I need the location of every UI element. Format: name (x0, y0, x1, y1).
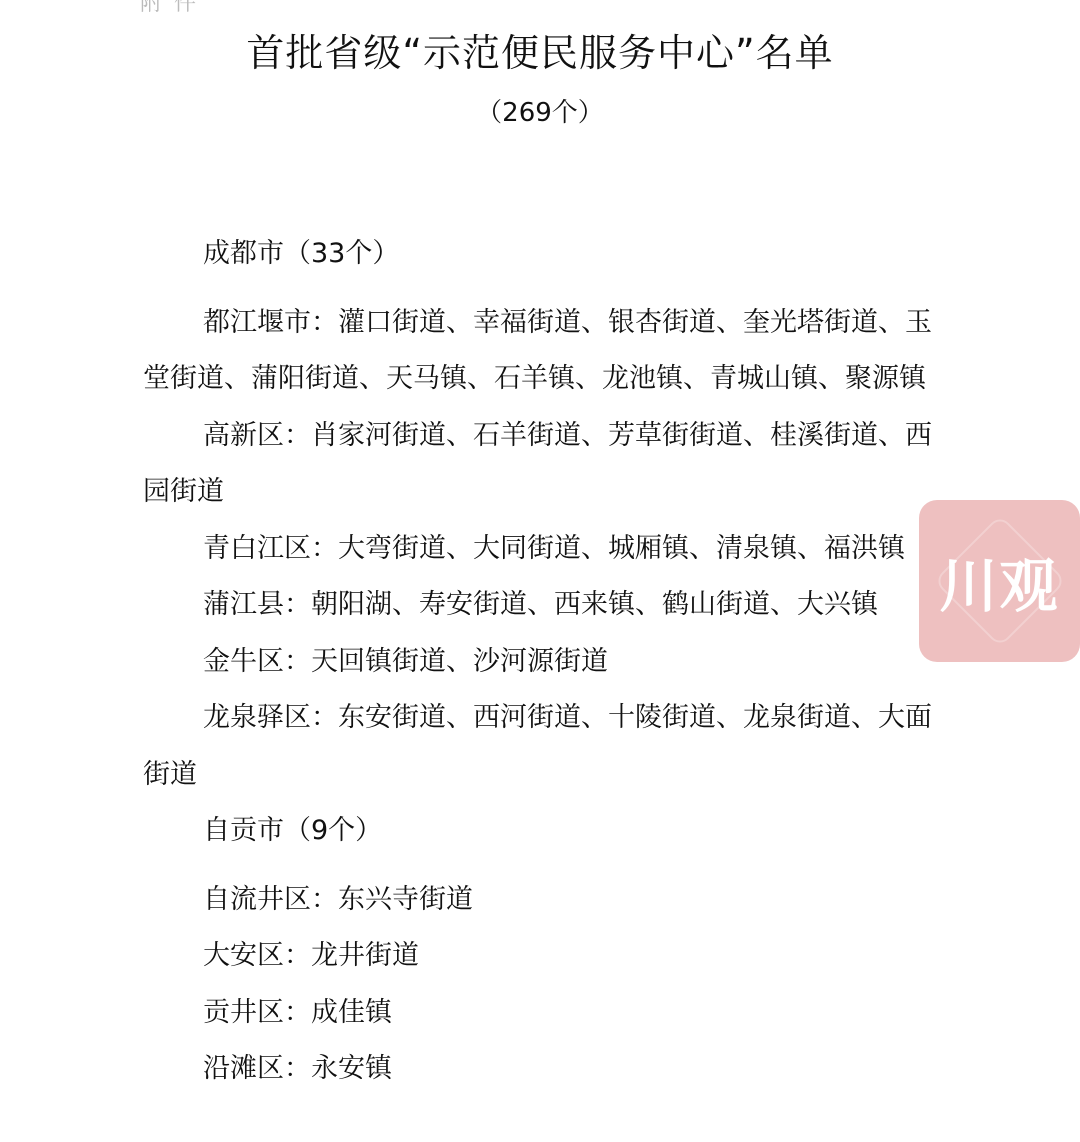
document-body: 成都市（33个） 都江堰市：灌口街道、幸福街道、银杏街道、奎光塔街道、玉堂街道、… (143, 226, 933, 1098)
district-entry: 蒲江县：朝阳湖、寿安街道、西来镇、鹤山街道、大兴镇 (143, 577, 933, 634)
watermark-text: 川观 (939, 539, 1059, 623)
district-entry: 自流井区：东兴寺街道 (143, 872, 933, 929)
watermark-logo: 川观 (919, 500, 1080, 662)
city-heading-chengdu: 成都市（33个） (143, 226, 933, 283)
district-entry: 青白江区：大弯街道、大同街道、城厢镇、清泉镇、福洪镇 (143, 521, 933, 578)
district-entry: 贡井区：成佳镇 (143, 985, 933, 1042)
document-subtitle: （269个） (0, 92, 1080, 129)
cutoff-header-text: 附件 (140, 0, 208, 17)
district-entry: 金牛区：天回镇街道、沙河源街道 (143, 634, 933, 691)
district-entry: 都江堰市：灌口街道、幸福街道、银杏街道、奎光塔街道、玉堂街道、蒲阳街道、天马镇、… (143, 295, 933, 408)
district-entry: 龙泉驿区：东安街道、西河街道、十陵街道、龙泉街道、大面街道 (143, 690, 933, 803)
district-entry: 沿滩区：永安镇 (143, 1041, 933, 1098)
district-entry: 大安区：龙井街道 (143, 928, 933, 985)
document-title: 首批省级“示范便民服务中心”名单 (0, 22, 1080, 77)
city-heading-zigong: 自贡市（9个） (143, 803, 933, 860)
district-entry: 高新区：肖家河街道、石羊街道、芳草街街道、桂溪街道、西园街道 (143, 408, 933, 521)
